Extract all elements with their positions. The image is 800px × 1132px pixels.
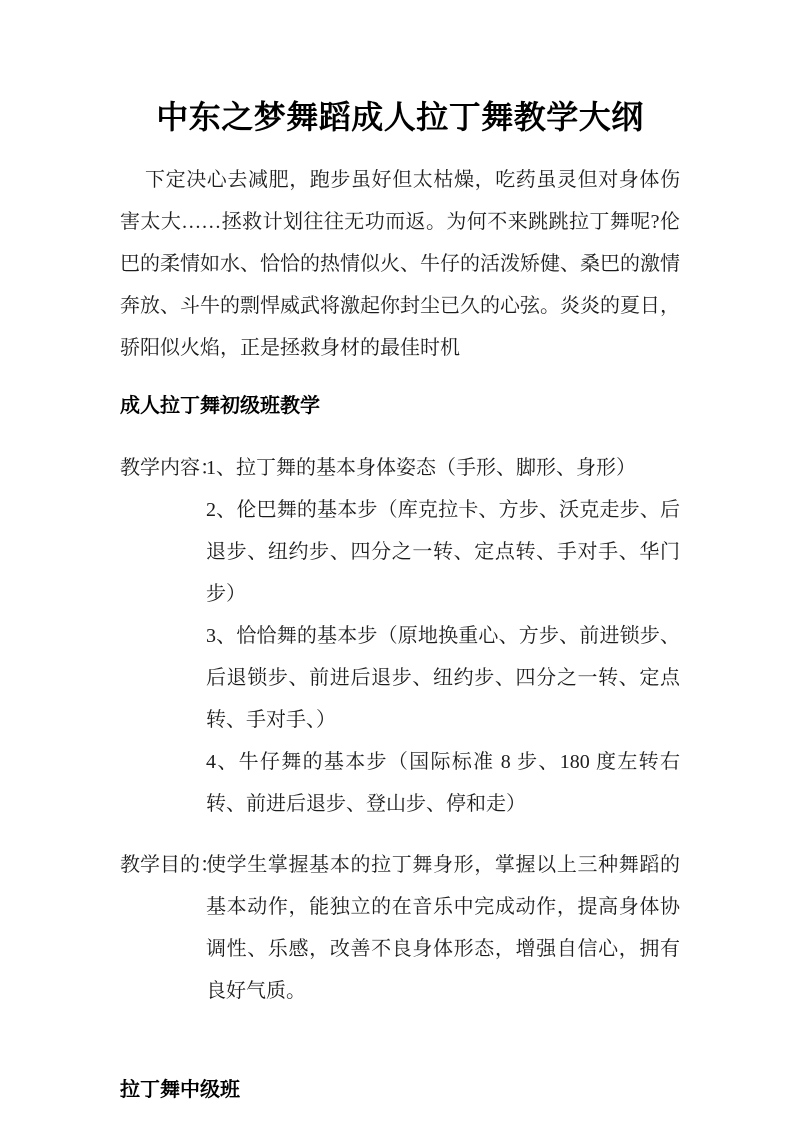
section-heading-beginner-class: 成人拉丁舞初级班教学	[120, 385, 680, 427]
content-item-2: 2、伦巴舞的基本步（库克拉卡、方步、沃克走步、后退步、纽约步、四分之一转、定点转…	[206, 489, 680, 615]
intro-paragraph: 下定决心去减肥，跑步虽好但太枯燥，吃药虽灵但对身体伤害太大……拯救计划往往无功而…	[120, 159, 680, 369]
content-item-3: 3、恰恰舞的基本步（原地换重心、方步、前进锁步、后退锁步、前进后退步、纽约步、四…	[206, 615, 680, 741]
teaching-content-items: 1、拉丁舞的基本身体姿态（手形、脚形、身形） 2、伦巴舞的基本步（库克拉卡、方步…	[206, 447, 680, 825]
content-item-1: 1、拉丁舞的基本身体姿态（手形、脚形、身形）	[206, 447, 680, 489]
teaching-purpose-block: 教学目的： 使学生掌握基本的拉丁舞身形，掌握以上三种舞蹈的基本动作，能独立的在音…	[120, 844, 680, 1012]
teaching-purpose-text: 使学生掌握基本的拉丁舞身形，掌握以上三种舞蹈的基本动作，能独立的在音乐中完成动作…	[206, 844, 680, 1012]
teaching-purpose-body: 使学生掌握基本的拉丁舞身形，掌握以上三种舞蹈的基本动作，能独立的在音乐中完成动作…	[206, 844, 680, 1012]
teaching-content-label: 教学内容：	[120, 447, 206, 489]
teaching-purpose-label: 教学目的：	[120, 844, 206, 886]
document-title: 中东之梦舞蹈成人拉丁舞教学大纲	[120, 95, 680, 139]
content-item-4: 4、牛仔舞的基本步（国际标准 8 步、180 度左转右转、前进后退步、登山步、停…	[206, 741, 680, 825]
document-page: 中东之梦舞蹈成人拉丁舞教学大纲 下定决心去减肥，跑步虽好但太枯燥，吃药虽灵但对身…	[0, 0, 800, 1132]
teaching-content-block: 教学内容： 1、拉丁舞的基本身体姿态（手形、脚形、身形） 2、伦巴舞的基本步（库…	[120, 447, 680, 825]
section-heading-intermediate-class: 拉丁舞中级班	[120, 1069, 680, 1111]
